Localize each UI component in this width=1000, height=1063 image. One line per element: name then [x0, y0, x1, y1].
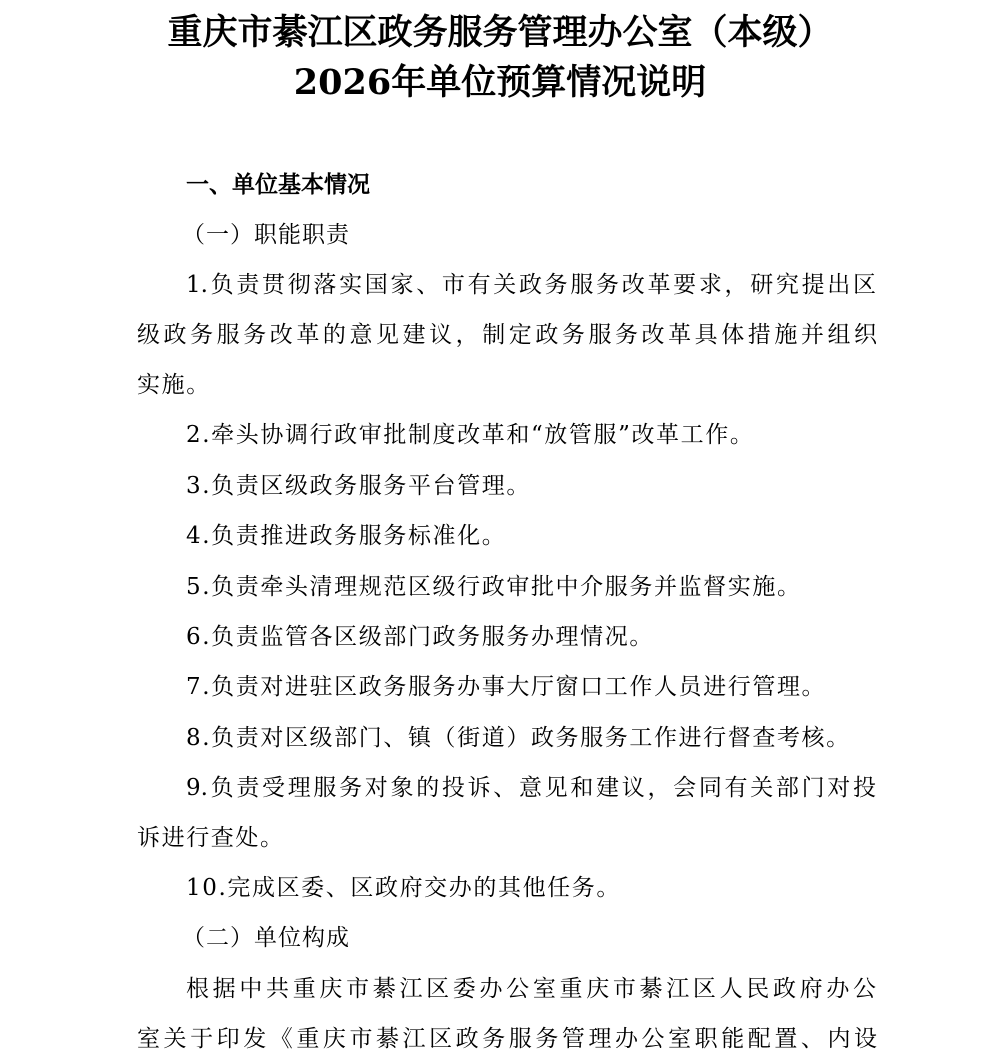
section-heading-basic-info: 一、单位基本情况	[186, 170, 370, 200]
duty-item-5: 5.负责牵头清理规范区级行政审批中介服务并监督实施。	[186, 572, 802, 602]
duty-item-4: 4.负责推进政务服务标准化。	[186, 521, 506, 551]
composition-paragraph-line2: 室关于印发《重庆市綦江区政务服务管理办公室职能配置、内设	[137, 1024, 877, 1054]
duty-item-2: 2.牵头协调行政审批制度改革和“放管服”改革工作。	[186, 420, 754, 450]
duty-item-1-line2: 级政务服务改革的意见建议，制定政务服务改革具体措施并组织	[137, 320, 877, 350]
duty-item-8: 8.负责对区级部门、镇（街道）政务服务工作进行督查考核。	[186, 723, 851, 753]
duty-item-6: 6.负责监管各区级部门政务服务办理情况。	[186, 622, 654, 652]
duty-item-7: 7.负责对进驻区政务服务办事大厅窗口工作人员进行管理。	[186, 672, 826, 702]
composition-paragraph-line1: 根据中共重庆市綦江区委办公室重庆市綦江区人民政府办公	[186, 974, 876, 1004]
document-title-line1: 重庆市綦江区政务服务管理办公室（本级）	[0, 8, 1000, 58]
document-page: 重庆市綦江区政务服务管理办公室（本级） 2026年单位预算情况说明 一、单位基本…	[0, 0, 1000, 1063]
subsection-heading-functions: （一）职能职责	[182, 220, 350, 250]
duty-item-9-line2: 诉进行查处。	[137, 823, 285, 853]
duty-item-1-line1: 1.负责贯彻落实国家、市有关政务服务改革要求，研究提出区	[186, 270, 876, 300]
duty-item-10: 10.完成区委、区政府交办的其他任务。	[186, 873, 621, 903]
subsection-heading-composition: （二）单位构成	[182, 923, 350, 953]
duty-item-3: 3.负责区级政务服务平台管理。	[186, 471, 531, 501]
duty-item-1-line3: 实施。	[137, 370, 211, 400]
document-title-line2: 2026年单位预算情况说明	[0, 58, 1000, 108]
duty-item-9-line1: 9.负责受理服务对象的投诉、意见和建议，会同有关部门对投	[186, 773, 876, 803]
